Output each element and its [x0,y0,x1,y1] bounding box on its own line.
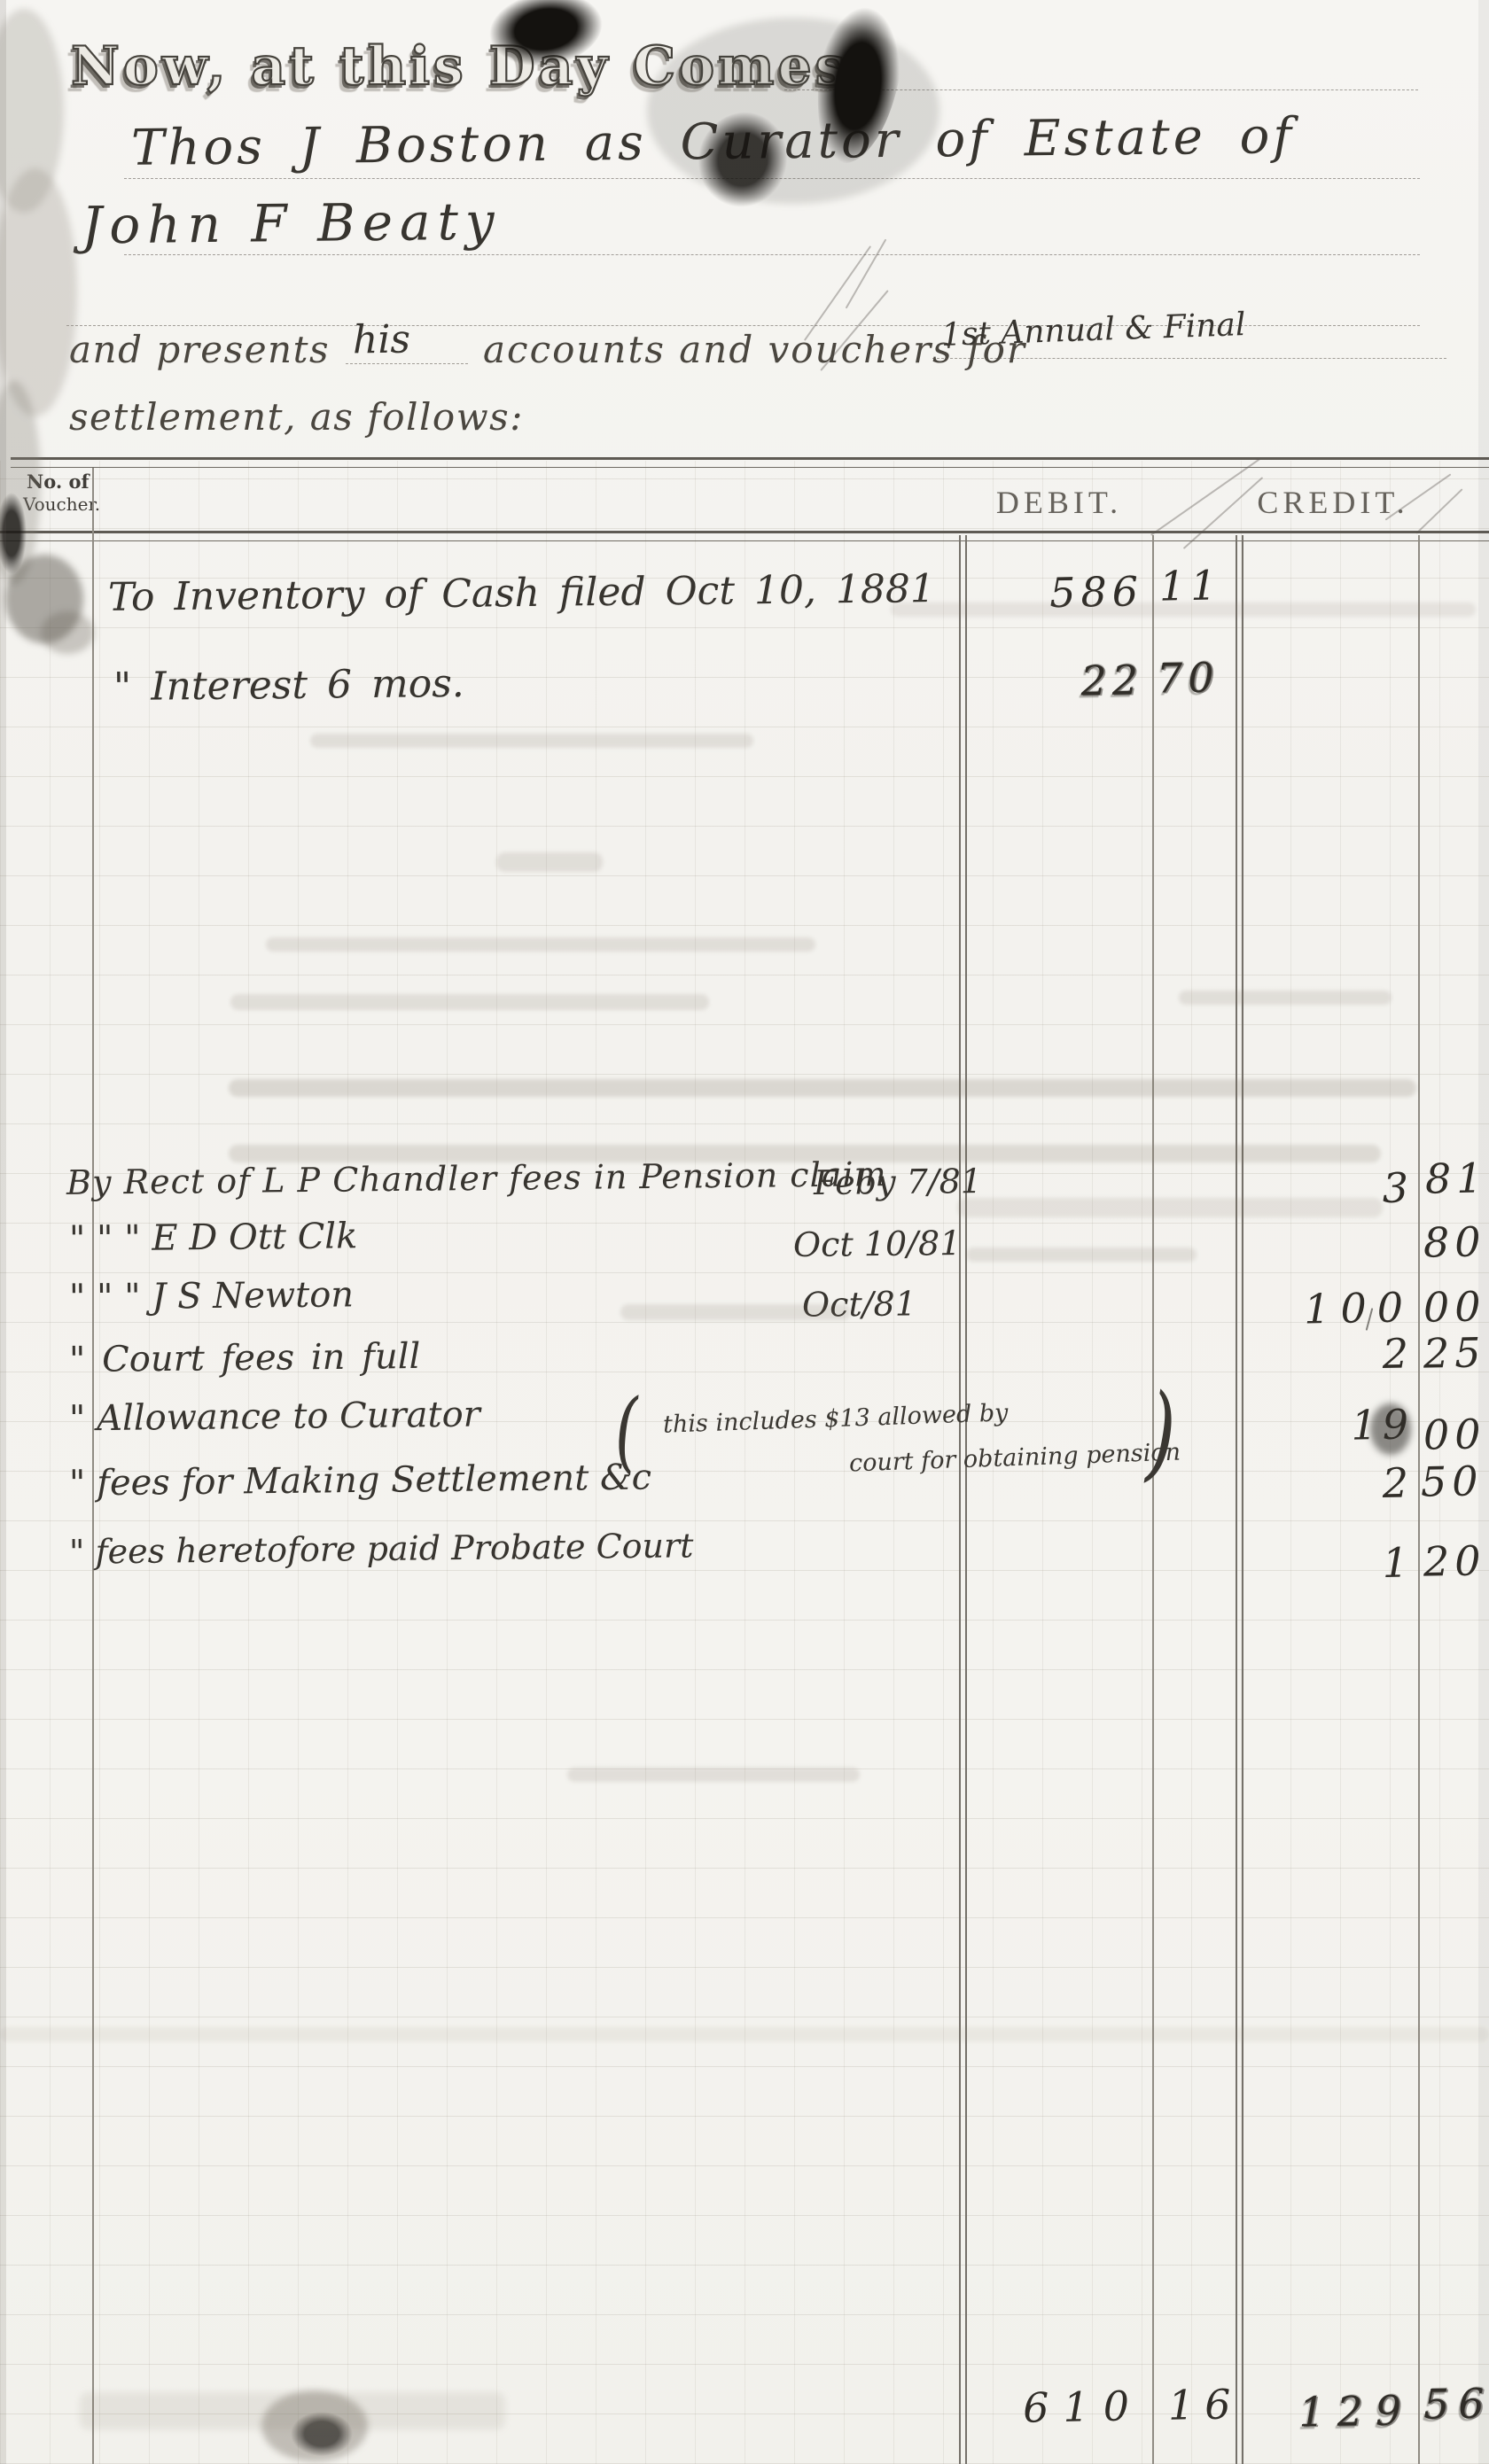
intro-lead-text: and presents [69,328,330,371]
credit-row-dollars: 2 [1245,1329,1415,1380]
credit-column-left-rule-b [1242,535,1243,2464]
debit-column-left-rule-b [965,535,967,2464]
debit-total-cents: 16 [1168,2380,1242,2429]
credit-column-header: CREDIT. [1244,484,1422,521]
bleed-through-line [230,994,709,1010]
credit-row-description: " " " E D Ott Clk [69,1216,358,1259]
intro-tail-text: settlement, as follows: [69,395,524,439]
bleed-through-band [891,602,1476,617]
settlement-type-underline [932,358,1446,359]
credit-row-dollars: 19 [1245,1400,1415,1450]
credit-row-cents: 25 [1423,1328,1486,1377]
bleed-through-mark [966,1248,1197,1262]
credit-row-description: " Allowance to Curator [69,1395,480,1440]
intro-pronoun-handwritten: his [353,317,411,363]
debit-row-description: To Inventory of Cash filed Oct 10, 1881 [108,566,935,620]
scanned-probate-settlement-document: { "document": { "title": "Now, at this D… [0,0,1489,2464]
bleed-through-mark [620,1304,851,1320]
debit-cents-separator-rule [1152,535,1154,2464]
right-page-edge [1478,0,1489,2464]
credit-row-date: Oct 10/81 [793,1224,962,1264]
pencil-scratch [804,245,871,341]
credit-cents-separator-rule [1418,535,1420,2464]
bleed-through-line [310,734,753,748]
decedent-name-line: John F Beaty [82,191,502,256]
edge-ink-smudge [41,611,94,654]
bleed-through-mark [567,1768,860,1782]
credit-row-cents: 00 [1423,1282,1486,1331]
bleed-through-line [229,1145,1381,1162]
credit-row-cents: 00 [1423,1410,1486,1458]
bleed-through-line [1179,991,1392,1005]
credit-row-dollars: 2 [1245,1458,1415,1509]
credit-total-dollars: 129 [1241,2386,1415,2437]
edge-stain [0,168,77,416]
bleed-through-line [266,937,815,952]
bleed-through-mark [496,852,603,872]
header-top-rule [11,457,1489,468]
debit-column-header: DEBIT. [968,484,1150,521]
credit-row-description: " fees heretofore paid Probate Court [69,1526,694,1571]
debit-row-description: " Interest 6 mos. [113,661,464,710]
debit-row-cents: 70 [1157,653,1220,702]
pronoun-underline [346,363,468,364]
credit-row-cents: 50 [1421,1457,1484,1505]
credit-row-dollars: 1 [1245,1538,1415,1589]
credit-row-description: " " " J S Newton [69,1274,355,1318]
credit-column-left-rule-a [1236,535,1237,2464]
debit-total-dollars: 610 [966,2382,1144,2432]
bleed-through-band [0,2027,1489,2041]
credit-row-description: " fees for Making Settlement &c [69,1457,651,1504]
credit-row-description: " Court fees in full [69,1336,421,1380]
fill-line-2 [124,254,1420,255]
debit-row-dollars: 22 [966,656,1144,706]
bleed-through-writing [80,2392,505,2429]
credit-row-cents: 80 [1423,1217,1486,1266]
credit-row-date: Feby 7/81 [814,1162,982,1202]
credit-row-dollars: 100 [1245,1283,1415,1333]
credit-row-cents: 20 [1423,1536,1486,1585]
bleed-through-band [957,1198,1383,1217]
left-page-edge [0,0,6,2464]
header-bottom-rule [0,531,1489,541]
settlement-type-handwritten: 1st Annual & Final [940,307,1246,354]
bleed-through-line [229,1079,1416,1097]
debit-column-left-rule-a [959,535,961,2464]
